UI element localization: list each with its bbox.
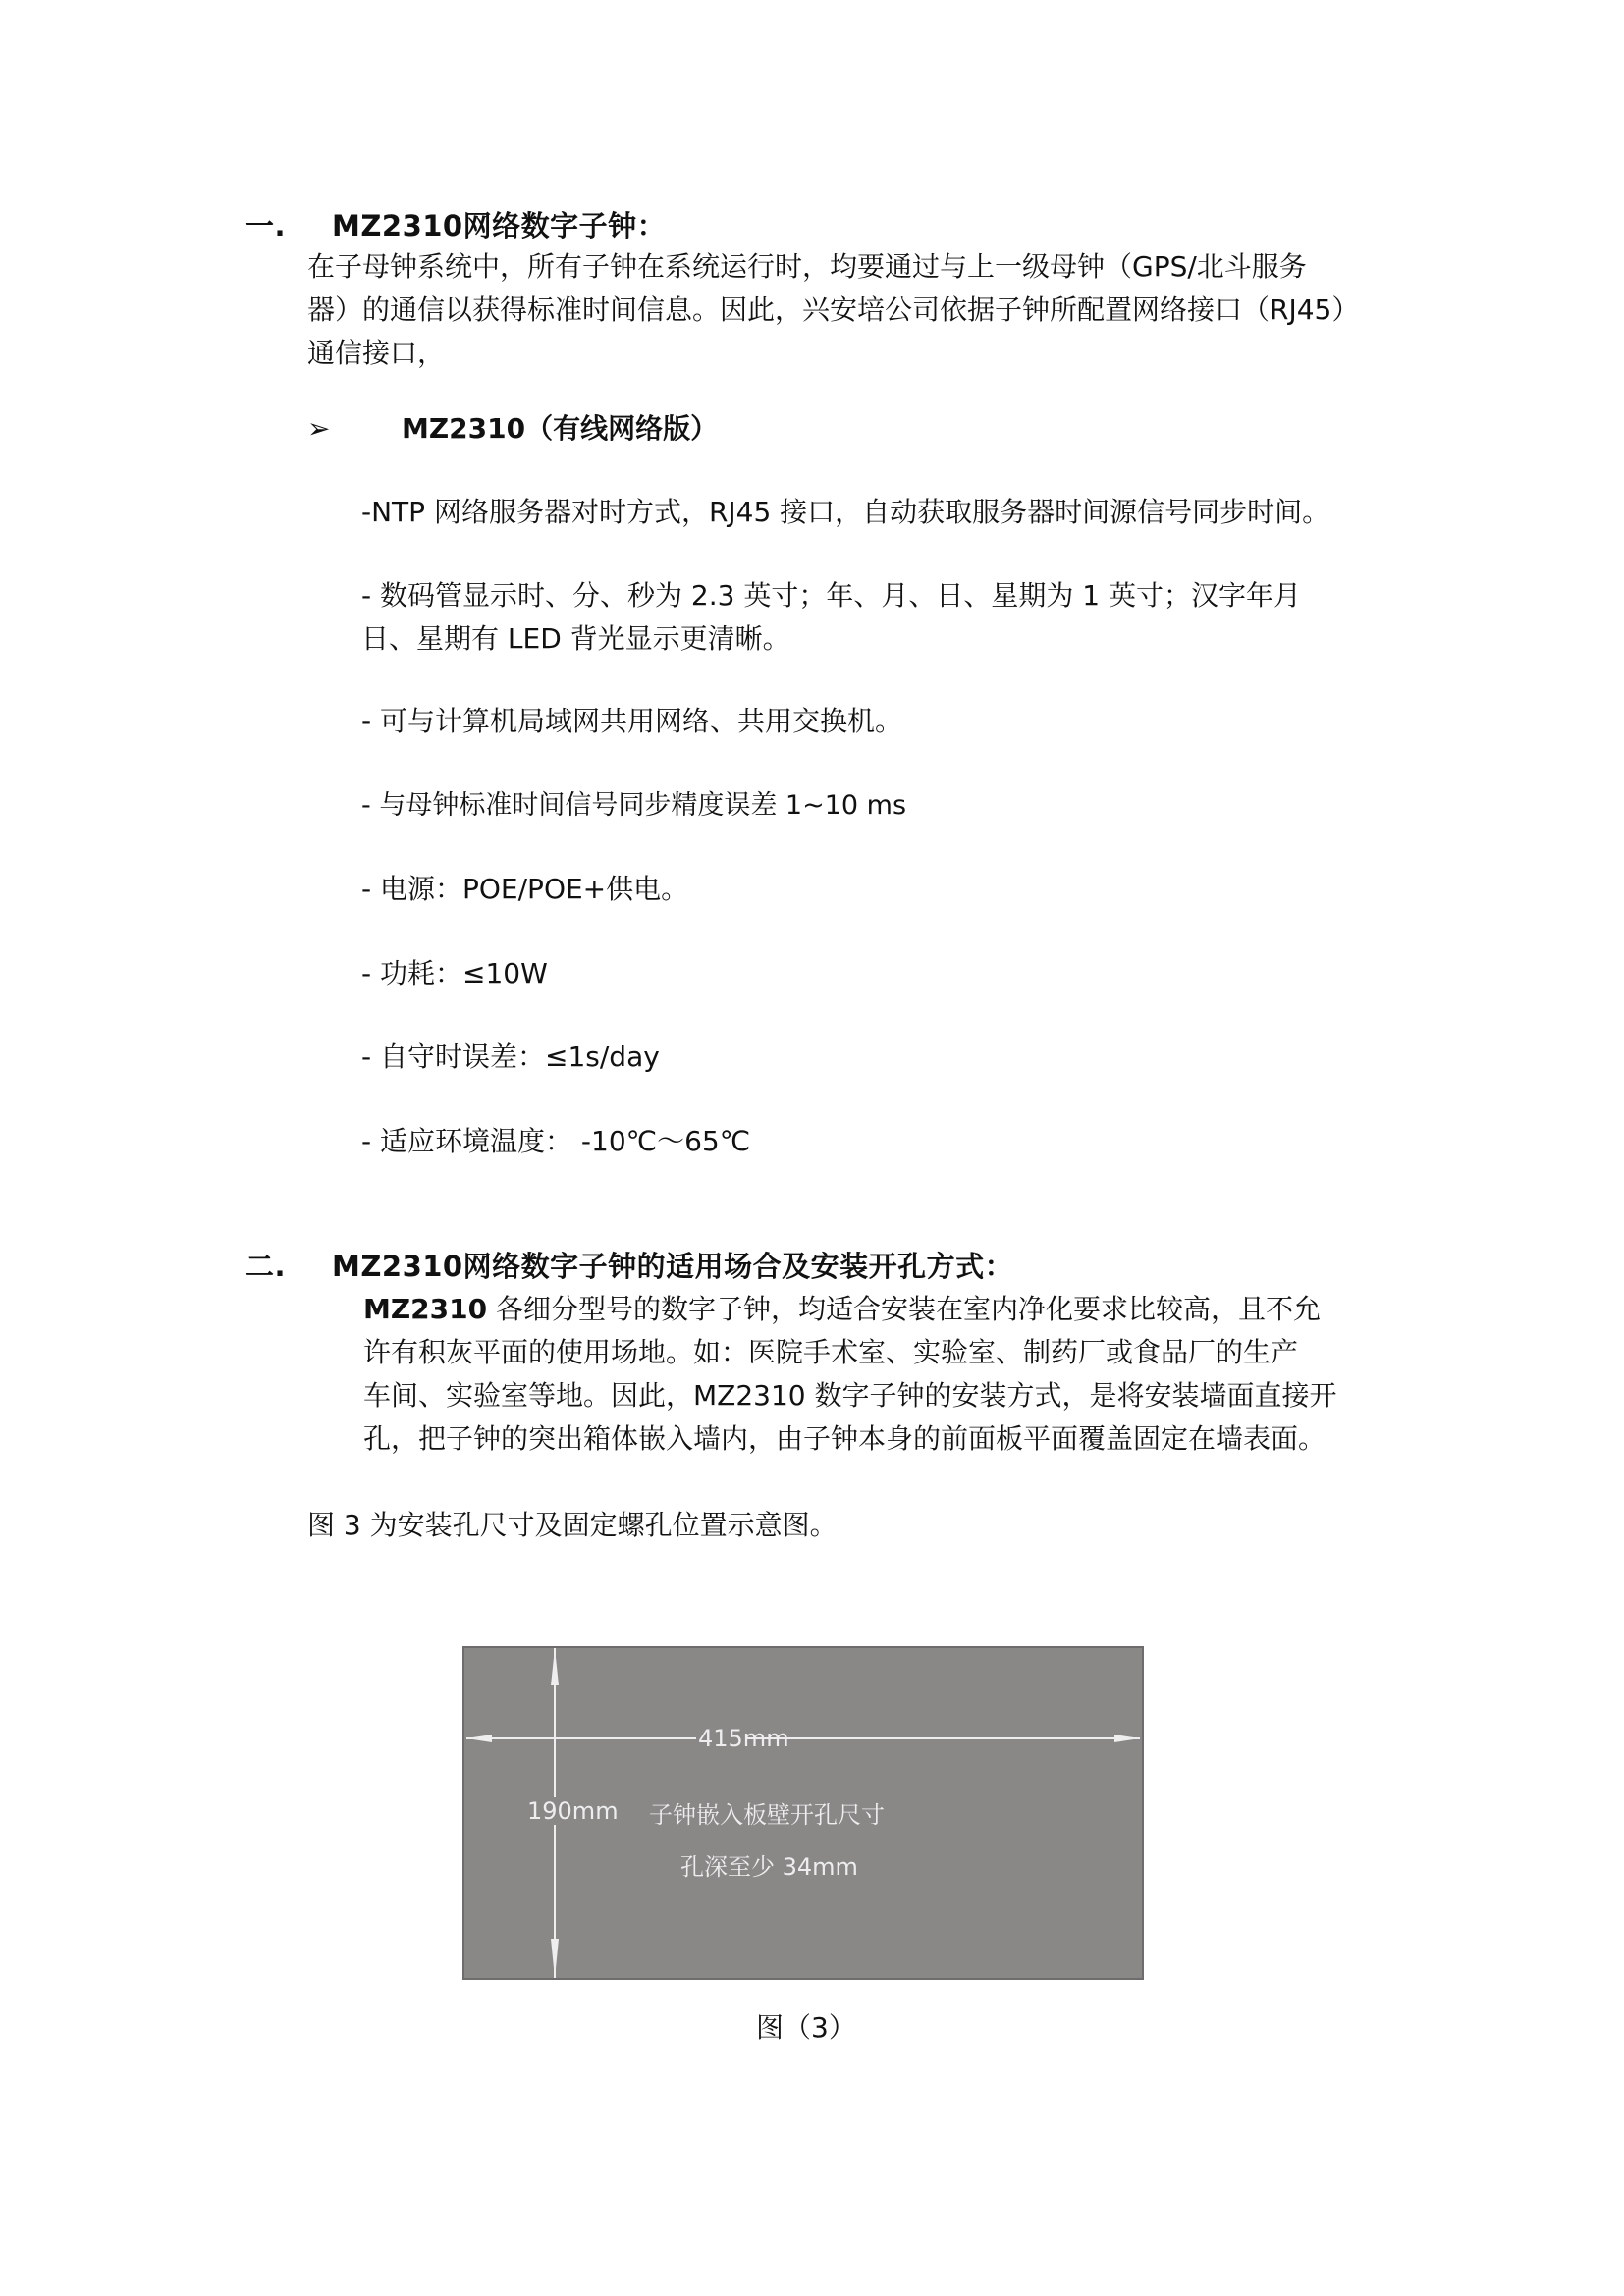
subsection-heading: ➢MZ2310（有线网络版） bbox=[307, 407, 718, 447]
feature-item: - 可与计算机局域网共用网络、共用交换机。 bbox=[361, 700, 902, 743]
section-2-title: MZ2310网络数字子钟的适用场合及安装开孔方式： bbox=[332, 1250, 1013, 1283]
para-line: 各细分型号的数字子钟，均适合安装在室内净化要求比较高，且不允 bbox=[487, 1293, 1321, 1325]
figure-title: 子钟嵌入板壁开孔尺寸 bbox=[649, 1795, 885, 1830]
model-name: MZ2310 bbox=[363, 1293, 487, 1325]
feature-item: - 自守时误差：≤1s/day bbox=[361, 1036, 660, 1079]
height-label: 190mm bbox=[527, 1797, 619, 1825]
feature-item: -NTP 网络服务器对时方式，RJ45 接口，自动获取服务器时间源信号同步时间。 bbox=[361, 491, 1329, 534]
intro-line: 在子母钟系统中，所有子钟在系统运行时，均要通过与上一级母钟（GPS/北斗服务 bbox=[307, 245, 1359, 289]
figure-intro: 图 3 为安装孔尺寸及固定螺孔位置示意图。 bbox=[307, 1504, 838, 1547]
feature-item: - 功耗：≤10W bbox=[361, 952, 548, 995]
depth-label: 孔深至少 34mm bbox=[680, 1847, 858, 1882]
width-label: 415mm bbox=[698, 1725, 789, 1752]
section-1-title: MZ2310网络数字子钟： bbox=[332, 209, 666, 242]
feature-item: - 数码管显示时、分、秒为 2.3 英寸；年、月、日、星期为 1 英寸；汉字年月… bbox=[361, 574, 1301, 661]
intro-line: 通信接口， bbox=[307, 332, 1359, 375]
figure-caption: 图（3） bbox=[756, 2006, 856, 2046]
section-1-number: 一. bbox=[245, 204, 332, 244]
para-line: 孔，把子钟的突出箱体嵌入墙内，由子钟本身的前面板平面覆盖固定在墙表面。 bbox=[363, 1417, 1337, 1461]
subsection-title: MZ2310（有线网络版） bbox=[402, 412, 718, 445]
section-1-heading: 一.MZ2310网络数字子钟： bbox=[245, 204, 666, 244]
intro-line: 器）的通信以获得标准时间信息。因此，兴安培公司依据子钟所配置网络接口（RJ45） bbox=[307, 289, 1359, 332]
feature-item: - 适应环境温度： -10℃～65℃ bbox=[361, 1120, 750, 1163]
feature-item: - 电源：POE/POE+供电。 bbox=[361, 868, 688, 911]
para-line: 许有积灰平面的使用场地。如：医院手术室、实验室、制药厂或食品厂的生产 bbox=[363, 1331, 1337, 1374]
arrow-bullet-icon: ➢ bbox=[307, 412, 402, 445]
cutout-diagram: 415mm 190mm 子钟嵌入板壁开孔尺寸 孔深至少 34mm bbox=[462, 1646, 1144, 1980]
para-line: 车间、实验室等地。因此，MZ2310 数字子钟的安装方式，是将安装墙面直接开 bbox=[363, 1374, 1337, 1417]
section-2-number: 二. bbox=[245, 1245, 332, 1285]
section-2-paragraph: MZ2310 各细分型号的数字子钟，均适合安装在室内净化要求比较高，且不允 许有… bbox=[363, 1288, 1337, 1461]
section-1-intro: 在子母钟系统中，所有子钟在系统运行时，均要通过与上一级母钟（GPS/北斗服务 器… bbox=[307, 245, 1359, 375]
feature-line: - 数码管显示时、分、秒为 2.3 英寸；年、月、日、星期为 1 英寸；汉字年月 bbox=[361, 574, 1301, 617]
section-2-heading: 二.MZ2310网络数字子钟的适用场合及安装开孔方式： bbox=[245, 1245, 1013, 1285]
feature-item: - 与母钟标准时间信号同步精度误差 1~10 ms bbox=[361, 784, 906, 828]
feature-line: 日、星期有 LED 背光显示更清晰。 bbox=[361, 617, 1301, 661]
